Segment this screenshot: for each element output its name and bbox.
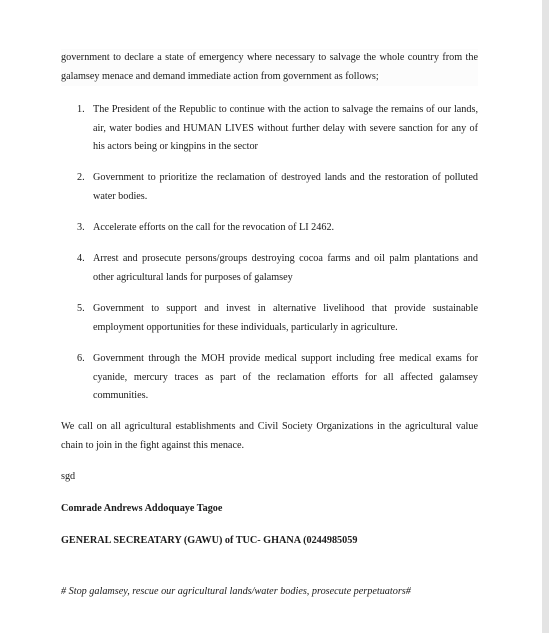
list-item-text: Accelerate efforts on the call for the r… [93,219,478,238]
slogan: # Stop galamsey, rescue our agricultural… [61,583,411,601]
closing-paragraph: We call on all agricultural establishmen… [61,418,478,455]
list-item-number: 5. [77,300,91,319]
list-item-text: Arrest and prosecute persons/groups dest… [93,250,478,287]
list-item-number: 2. [77,169,91,188]
list-item-number: 6. [77,350,91,369]
list-item-text: Government to prioritize the reclamation… [93,169,478,206]
list-item-number: 3. [77,219,91,238]
signatory-title: GENERAL SECREATARY (GAWU) of TUC- GHANA … [61,532,357,550]
list-item-number: 4. [77,250,91,269]
signatory-name: Comrade Andrews Addoquaye Tagoe [61,500,222,518]
list-item-number: 1. [77,101,91,120]
signed-mark: sgd [61,468,75,486]
document-page: government to declare a state of emergen… [0,0,542,633]
list-item-text: Government through the MOH provide medic… [93,350,478,406]
list-item-text: The President of the Republic to continu… [93,101,478,157]
intro-paragraph: government to declare a state of emergen… [61,49,478,86]
list-item-text: Government to support and invest in alte… [93,300,478,337]
scrollbar-track[interactable] [542,0,549,633]
